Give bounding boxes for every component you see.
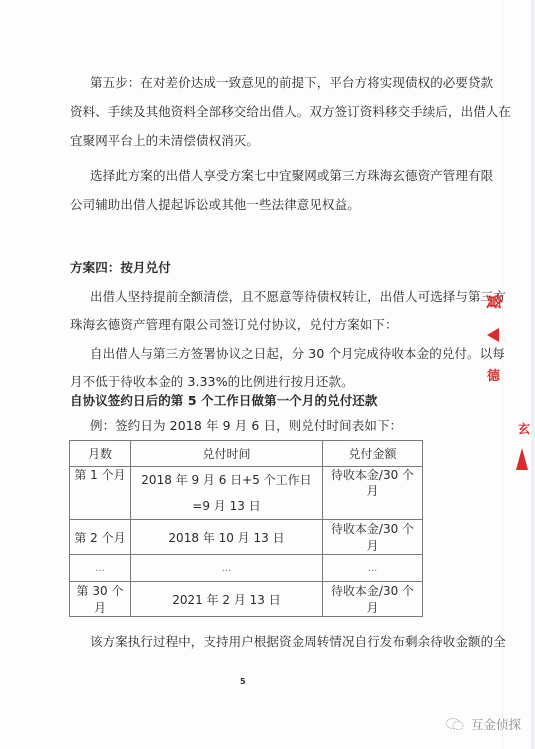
paragraph-plan4-line4: 月不低于待收本金的 3.33%的比例进行按月还款。: [70, 374, 354, 390]
watermark: 互金侦探: [445, 715, 521, 733]
payment-schedule-table: 月数 兑付时间 兑付金额 第 1 个月 2018 年 9 月 6 日+5 个工作…: [69, 440, 423, 617]
cell-month: 第 2 个月: [70, 520, 131, 555]
cell-time: 2018 年 10 月 13 日: [131, 520, 323, 555]
wechat-icon: [445, 717, 465, 731]
header-time: 兑付时间: [131, 441, 323, 467]
cell-amount: 待收本金/30 个月: [323, 582, 423, 617]
paragraph-step5-line3: 宜聚网平台上的未清偿债权消灭。: [70, 133, 259, 149]
cell-month: 第 30 个月: [70, 582, 131, 617]
table-row: 第 1 个月 2018 年 9 月 6 日+5 个工作日=9 月 13 日 待收…: [70, 467, 423, 520]
header-amount: 兑付金额: [323, 441, 423, 467]
paragraph-closing: 该方案执行过程中，支持用户根据资金周转情况自行发布剩余待收金额的全: [90, 634, 506, 650]
page-number: 5: [240, 677, 246, 686]
cell-month: ...: [70, 555, 131, 582]
cell-time: 2021 年 2 月 13 日: [131, 582, 323, 617]
table-row: 第 30 个月 2021 年 2 月 13 日 待收本金/30 个月: [70, 582, 423, 617]
cell-month: 第 1 个月: [70, 467, 131, 520]
plan4-heading: 方案四：按月兑付: [70, 260, 171, 276]
seal-stamp-fragment: 資: [484, 293, 507, 309]
cell-amount: 待收本金/30 个月: [323, 467, 423, 520]
paragraph-plan4-line1: 出借人坚持提前全额清偿，且不愿意等待债权转让，出借人可选择与第三方: [90, 289, 506, 305]
paragraph-benefit-line1: 选择此方案的出借人享受方案七中宜聚网或第三方珠海玄德资产管理有限: [90, 168, 493, 184]
watermark-text: 互金侦探: [471, 715, 521, 733]
header-month: 月数: [70, 441, 131, 467]
example-line: 例：签约日为 2018 年 9 月 6 日，则兑付时间表如下：: [90, 418, 402, 434]
cell-time: 2018 年 9 月 6 日+5 个工作日=9 月 13 日: [131, 467, 323, 520]
cell-amount: 待收本金/30 个月: [323, 520, 423, 555]
seal-stamp-fragment: 玄: [518, 420, 530, 437]
table-row: ... ... ...: [70, 555, 423, 582]
cell-amount: ...: [323, 555, 423, 582]
paragraph-benefit-line2: 公司辅助出借人提起诉讼或其他一些法律意见权益。: [70, 197, 360, 213]
page-edge: [531, 0, 535, 749]
paragraph-step5-line1: 第五步：在对差价达成一致意见的前提下，平台方将实现债权的必要贷款: [90, 75, 493, 91]
paragraph-plan4-line2: 珠海玄德资产管理有限公司签订兑付协议，兑付方案如下：: [70, 317, 398, 333]
document-page: 第五步：在对差价达成一致意见的前提下，平台方将实现债权的必要贷款 资料、手续及其…: [0, 0, 535, 749]
paragraph-plan4-line3: 自出借人与第三方签署协议之日起，分 30 个月完成待收本金的兑付。以每: [90, 346, 505, 362]
seal-stamp-fragment: 德: [487, 365, 500, 384]
table-row: 第 2 个月 2018 年 10 月 13 日 待收本金/30 个月: [70, 520, 423, 555]
seal-stamp-fragment: [516, 448, 528, 470]
paragraph-plan4-line5: 自协议签约日后的第 5 个工作日做第一个月的兑付还款: [70, 393, 378, 409]
paragraph-step5-line2: 资料、手续及其他资料全部移交给出借人。双方签订资料移交手续后，出借人在: [70, 104, 511, 120]
table-header-row: 月数 兑付时间 兑付金额: [70, 441, 423, 467]
seal-stamp-fragment: [487, 328, 499, 342]
cell-time: ...: [131, 555, 323, 582]
